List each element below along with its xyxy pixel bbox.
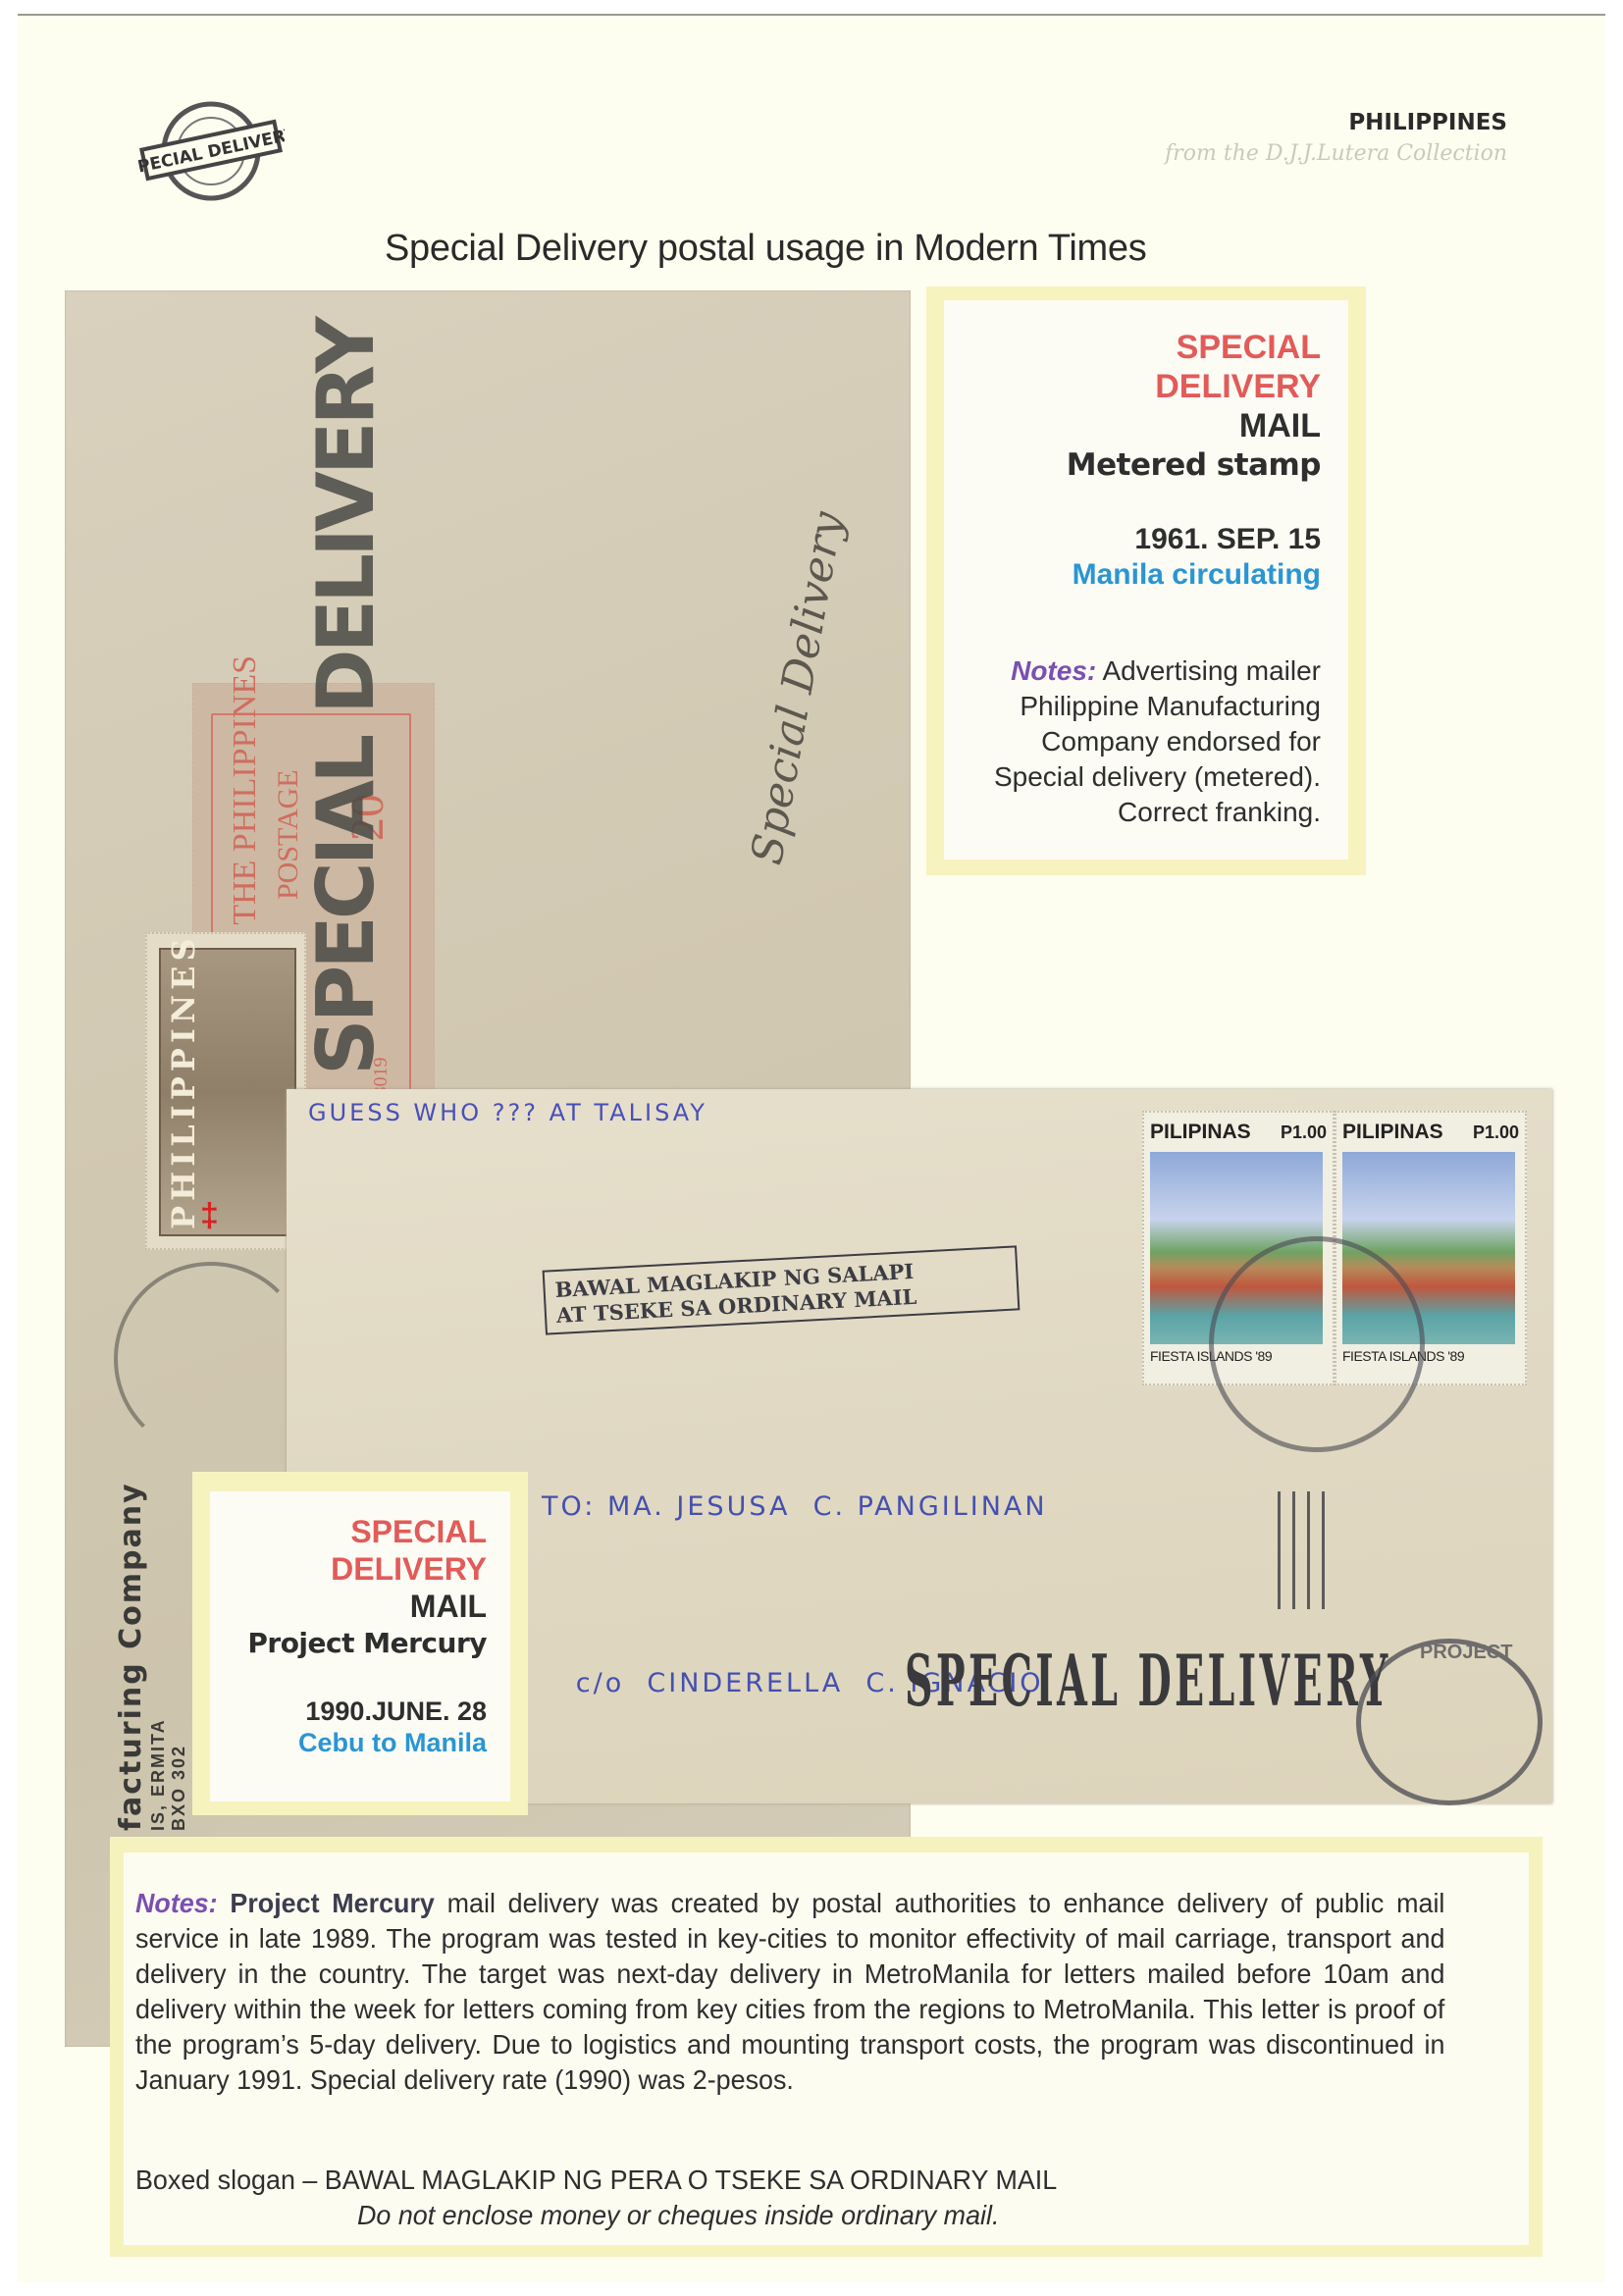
corner-line1: IS, ERMITA	[148, 1482, 169, 1831]
card-1990: SPECIAL DELIVERY MAIL Project Mercury 19…	[210, 1491, 510, 1801]
card2-route: Cebu to Manila	[247, 1727, 487, 1758]
card1-notes-label: Notes:	[1011, 655, 1096, 686]
notes-label: Notes:	[135, 1888, 218, 1918]
handwritten-top-note: GUESS WHO ??? AT TALISAY	[308, 1099, 707, 1126]
project-mercury-mark: PROJECT	[1356, 1639, 1543, 1805]
card2-line3: MAIL	[247, 1588, 487, 1625]
card-1961: SPECIAL DELIVERY MAIL Metered stamp 1961…	[944, 300, 1348, 860]
card1-line2: DELIVERY	[1067, 367, 1321, 406]
boxed-slogan-label: Boxed slogan – BAWAL MAGLAKIP NG PERA O …	[135, 2165, 1057, 2196]
card1-subtitle: Metered stamp	[1067, 445, 1321, 485]
notes-bold: Project Mercury	[230, 1888, 434, 1918]
special-delivery-handstamp-vertical: SPECIAL DELIVERY	[300, 320, 392, 1075]
corner-company: facturing Company	[114, 1482, 148, 1831]
boxed-slogan-handstamp: BAWAL MAGLAKIP NG SALAPI AT TSEKE SA ORD…	[543, 1245, 1021, 1334]
card2-date: 1990.JUNE. 28	[247, 1696, 487, 1727]
special-delivery-seal-icon: SPECIAL DELIVERY	[137, 98, 285, 204]
notes-paragraph: Notes: Project Mercury mail delivery was…	[135, 1886, 1444, 2098]
address-line: TO: MA. JESUSA C. PANGILINAN	[542, 1478, 1048, 1537]
page-title: Special Delivery postal usage in Modern …	[385, 228, 1146, 270]
manila-postmark-arc	[114, 1262, 308, 1456]
card1-line1: SPECIAL	[1067, 328, 1321, 367]
card2-subtitle: Project Mercury	[247, 1625, 487, 1662]
notes-text: mail delivery was created by postal auth…	[135, 1888, 1444, 2095]
philippines-tb-stamp: PHILIPPINES ‡	[145, 932, 306, 1250]
header-country: PHILIPPINES	[1348, 110, 1507, 135]
lorraine-cross-icon: ‡	[200, 1197, 219, 1235]
corner-card-text: facturing Company IS, ERMITA BXO 302	[114, 1482, 189, 1831]
cancel-bars	[1278, 1491, 1336, 1609]
cebu-postmark	[1209, 1236, 1425, 1452]
handwritten-special-delivery: Special Delivery	[742, 508, 853, 868]
card1-route: Manila circulating	[1067, 557, 1321, 593]
card1-notes: Notes: Advertising mailer Philippine Man…	[948, 653, 1321, 830]
notes-box: Notes: Project Mercury mail delivery was…	[124, 1852, 1529, 2245]
card1-date: 1961. SEP. 15	[1067, 522, 1321, 557]
boxed-slogan-translation: Do not enclose money or cheques inside o…	[357, 2200, 999, 2231]
corner-line2: BXO 302	[169, 1482, 189, 1831]
card2-line1: SPECIAL	[247, 1513, 487, 1550]
stamp-country: PHILIPPINES	[165, 933, 202, 1229]
header-collection: from the D.J.J.Lutera Collection	[1165, 141, 1507, 166]
special-delivery-handstamp: SPECIAL DELIVERY	[905, 1639, 1391, 1722]
card2-line2: DELIVERY	[247, 1550, 487, 1588]
card1-line3: MAIL	[1067, 406, 1321, 445]
